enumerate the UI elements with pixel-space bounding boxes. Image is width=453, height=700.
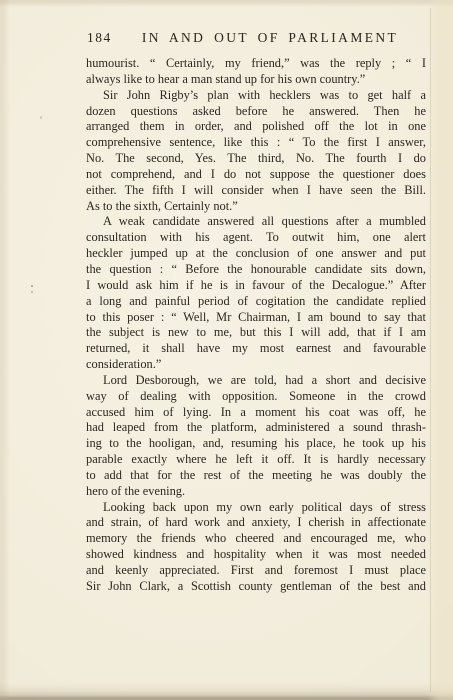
text-line: Sir John Rigby’s plan with hecklers was …: [86, 88, 426, 104]
text-line: showed kindness and hospitality when it …: [86, 547, 426, 563]
text-line: No. The second, Yes. The third, No. The …: [86, 151, 426, 167]
text-line: the question : “ Before the honourable c…: [86, 262, 426, 278]
text-line: and keenly appreciated. First and foremo…: [86, 563, 426, 579]
text-line: humourist. “ Certainly, my friend,” was …: [86, 56, 426, 72]
text-line: arranged them in order, and polished off…: [86, 119, 426, 135]
text-line: always like to hear a man stand up for h…: [86, 72, 426, 88]
running-title: IN AND OUT OF PARLIAMENT: [114, 30, 426, 46]
text-line: a long and painful period of cogitation …: [86, 294, 426, 310]
page-number: 184: [87, 30, 112, 46]
text-line: Looking back upon my own early political…: [86, 500, 426, 516]
text-line: ing to the hooligan, and, resuming his p…: [86, 436, 426, 452]
paragraph: humourist. “ Certainly, my friend,” was …: [86, 56, 426, 88]
paper-speck: [31, 285, 33, 287]
paragraph: Sir John Rigby’s plan with hecklers was …: [86, 88, 426, 215]
text-line: heckler jumped up at the conclusion of o…: [86, 246, 426, 262]
paragraph: Looking back upon my own early political…: [86, 500, 426, 595]
text-line: to add that for the rest of the meeting …: [86, 468, 426, 484]
paragraph: A weak candidate answered all questions …: [86, 214, 426, 372]
text-line: way of dealing with opposition. Someone …: [86, 389, 426, 405]
text-line: returned, it shall have my most earnest …: [86, 341, 426, 357]
text-line: the subject is new to me, but this I wil…: [86, 325, 426, 341]
text-line: parable exactly where he left it off. It…: [86, 452, 426, 468]
text-line: either. The fifth I will consider when I…: [86, 183, 426, 199]
paragraph: Lord Desborough, we are told, had a shor…: [86, 373, 426, 500]
running-head: 184 IN AND OUT OF PARLIAMENT: [86, 30, 426, 46]
text-line: and strain, of hard work and anxiety, I …: [86, 515, 426, 531]
text-line: consultation with his agent. To outwit h…: [86, 230, 426, 246]
book-page-scan: 184 IN AND OUT OF PARLIAMENT humourist. …: [0, 0, 453, 700]
text-line: I would ask him if he is in favour of th…: [86, 278, 426, 294]
text-line: As to the sixth, Certainly not.”: [86, 199, 426, 215]
text-line: accused him of lying. In a moment his co…: [86, 405, 426, 421]
text-line: had leaped from the platform, administer…: [86, 420, 426, 436]
page-text: humourist. “ Certainly, my friend,” was …: [86, 56, 426, 595]
text-line: not comprehend, and I do not suppose the…: [86, 167, 426, 183]
text-line: A weak candidate answered all questions …: [86, 214, 426, 230]
text-line: consideration.”: [86, 357, 426, 373]
text-line: dozen questions asked before he answered…: [86, 104, 426, 120]
page-edge-line: [430, 8, 431, 692]
paper-speck: [31, 291, 33, 293]
paper-speck: [39, 116, 42, 120]
text-line: Lord Desborough, we are told, had a shor…: [86, 373, 426, 389]
text-line: comprehensive sentence, like this : “ To…: [86, 135, 426, 151]
text-line: memory the friends who cheered and encou…: [86, 531, 426, 547]
text-line: hero of the evening.: [86, 484, 426, 500]
text-line: to this poser : “ Well, Mr Chairman, I a…: [86, 310, 426, 326]
text-line: Sir John Clark, a Scottish county gentle…: [86, 579, 426, 595]
